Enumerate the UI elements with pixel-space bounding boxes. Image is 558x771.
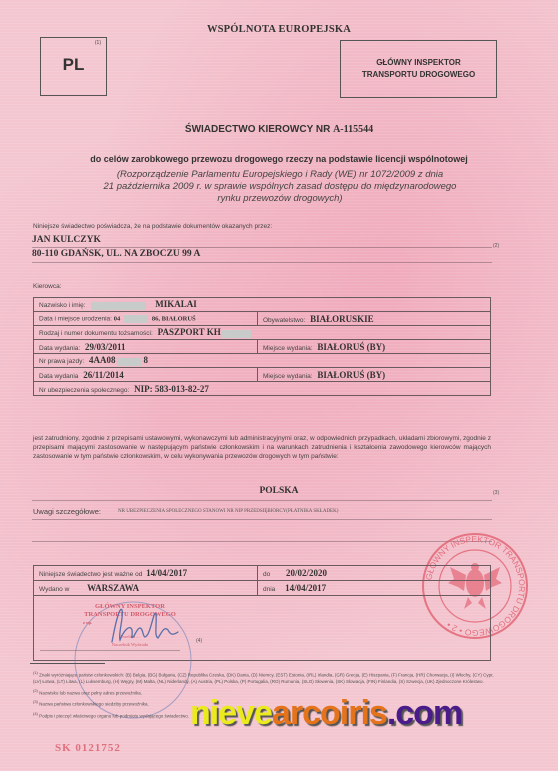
valid-to-label: do [263, 571, 270, 578]
social-security-cell: Nr ubezpieczenia społecznego: NIP: 583-0… [34, 382, 491, 396]
footnote-separator [30, 663, 105, 664]
id-issue-place-label: Miejsce wydania: [263, 345, 313, 352]
watermark: nievearcoiris.com [190, 694, 462, 733]
redacted-license-number [117, 358, 141, 366]
certificate-number: A-115544 [333, 124, 373, 135]
authority-line-1: GŁÓWNY INSPEKTOR [341, 58, 496, 67]
footnote-1: (1) Znaki wyróżniające państw członkowsk… [33, 670, 503, 685]
regulation-line-1: (Rozporządzenie Parlamentu Europejskiego… [40, 169, 520, 181]
certificate-title: ŚWIADECTWO KIEROWCY NR A-115544 [0, 124, 558, 135]
issued-on-value: 14/04/2017 [285, 583, 326, 593]
driver-name-label: Nazwisko i imię: [39, 302, 86, 309]
holder-name: JAN KULCZYK [32, 235, 101, 245]
id-issue-place-cell: Miejsce wydania: BIAŁORUŚ (BY) [258, 340, 491, 354]
id-document-cell: Rodzaj i numer dokumentu tożsamości: PAS… [34, 326, 491, 340]
regulation-line-3: rynku przewozów drogowych) [40, 193, 520, 205]
signature-icon [100, 600, 190, 650]
issued-in-label: Wydano w [39, 586, 69, 593]
community-title: WSPÓLNOTA EUROPEJSKA [0, 24, 558, 35]
table-row: Rodzaj i numer dokumentu tożsamości: PAS… [34, 326, 491, 340]
citizenship-value: BIAŁORUSKIE [310, 314, 374, 324]
birth-cell: Data i miejsce urodzenia: 04 86, BIAŁORU… [34, 312, 258, 326]
id-document-label: Rodzaj i numer dokumentu tożsamości: [39, 330, 153, 337]
driver-details-table: Nazwisko i imię: MIKALAI Data i miejsce … [33, 297, 491, 396]
employment-statement: jest zatrudniony, zgodnie z przepisami u… [33, 434, 491, 461]
issued-on-label: dnia [263, 586, 275, 593]
watermark-part-1: nieve [190, 694, 272, 732]
table-row: Niniejsze świadectwo jest ważne od 14/04… [34, 566, 491, 581]
table-row: Data wydania: 29/03/2011 Miejsce wydania… [34, 340, 491, 354]
license-issue-date-cell: Data wydania 26/11/2014 [34, 368, 258, 382]
footnote-1-mark: (1) [33, 670, 38, 675]
driver-name-value: MIKALAI [155, 299, 197, 309]
redacted-id-number [221, 330, 251, 338]
license-issue-date-label: Data wydania [39, 373, 78, 380]
issued-on-cell: dnia 14/04/2017 [258, 581, 491, 596]
license-issue-place-cell: Miejsce wydania: BIAŁORUŚ (BY) [258, 368, 491, 382]
citizenship-label: Obywatelstwo: [263, 317, 305, 324]
employment-state: POLSKA [0, 486, 558, 496]
valid-to-cell: do 20/02/2020 [258, 566, 491, 581]
table-row: Wydano w WARSZAWA dnia 14/04/2017 [34, 581, 491, 596]
remarks-label: Uwagi szczegółowe: [33, 507, 101, 516]
certificate-title-text: ŚWIADECTWO KIEROWCY NR [185, 124, 330, 135]
valid-from-cell: Niniejsze świadectwo jest ważne od 14/04… [34, 566, 258, 581]
footnote-4-mark: (4) [33, 711, 38, 716]
license-issue-date-value: 26/11/2014 [83, 370, 124, 380]
redacted-birth-date [124, 315, 148, 323]
authority-line-2: TRANSPORTU DROGOWEGO [341, 70, 496, 79]
state-rule [32, 500, 492, 501]
birth-label: Data i miejsce urodzenia: [39, 315, 112, 322]
footnote-2-text: Nazwisko lub nazwa oraz pełny adres prze… [39, 690, 142, 695]
birth-value-end: 86, BIAŁORUŚ [152, 315, 196, 322]
remarks-value: NR UBEZPIECZENIA SPOŁECZNEGO STANOWI NR … [118, 509, 338, 514]
driver-name-cell: Nazwisko i imię: MIKALAI [34, 298, 491, 312]
license-issue-place-value: BIAŁORUŚ (BY) [317, 370, 385, 380]
holder-intro: Niniejsze świadectwo poświadcza, że na p… [33, 223, 272, 230]
regulation-reference: (Rozporządzenie Parlamentu Europejskiego… [40, 169, 520, 205]
holder-name-rule [32, 247, 492, 248]
birth-value-start: 04 [114, 315, 121, 322]
id-issue-date-label: Data wydania: [39, 345, 80, 352]
table-row: Nr prawa jazdy: 4AA088 [34, 354, 491, 368]
license-cell: Nr prawa jazdy: 4AA088 [34, 354, 491, 368]
id-issue-date-value: 29/03/2011 [85, 342, 126, 352]
table-row: Data i miejsce urodzenia: 04 86, BIAŁORU… [34, 312, 491, 326]
footnote-2-mark: (2) [33, 688, 38, 693]
driver-section-label: Kierowca: [33, 283, 62, 290]
social-security-value: NIP: 583-013-82-27 [134, 384, 209, 394]
table-row: Nr ubezpieczenia społecznego: NIP: 583-0… [34, 382, 491, 396]
redacted-surname [91, 302, 146, 310]
valid-from-label: Niniejsze świadectwo jest ważne od [39, 571, 142, 578]
signature-rule [40, 650, 180, 651]
country-code-box: (1) PL [40, 37, 107, 96]
serial-number: SK 0121752 [55, 742, 121, 754]
regulation-line-2: 21 października 2009 r. w sprawie wspóln… [40, 181, 520, 193]
table-row: Data wydania 26/11/2014 Miejsce wydania:… [34, 368, 491, 382]
footnote-1-text: Znaki wyróżniające państw członkowskich:… [33, 673, 494, 684]
watermark-part-3: .com [387, 694, 462, 732]
id-issue-date-cell: Data wydania: 29/03/2011 [34, 340, 258, 354]
watermark-part-2: arcoiris [272, 694, 387, 732]
remarks-rule-1 [32, 519, 492, 520]
issued-in-value: WARSZAWA [87, 583, 139, 593]
footnote-4-text: Podpis i pieczęć właściwego organu lub p… [39, 713, 189, 718]
license-value-end: 8 [143, 355, 148, 365]
id-issue-place-value: BIAŁORUŚ (BY) [317, 342, 385, 352]
table-row: Nazwisko i imię: MIKALAI [34, 298, 491, 312]
license-label: Nr prawa jazdy: [39, 358, 84, 365]
valid-from-value: 14/04/2017 [146, 568, 187, 578]
certificate-purpose: do celów zarobkowego przewozu drogowego … [0, 154, 558, 164]
holder-address-rule [32, 262, 492, 263]
citizenship-cell: Obywatelstwo: BIAŁORUSKIE [258, 312, 491, 326]
holder-address: 80-110 GDAŃSK, UL. NA ZBOCZU 99 A [32, 249, 200, 259]
country-footnote-mark: (1) [95, 40, 101, 46]
issuing-authority-box: GŁÓWNY INSPEKTOR TRANSPORTU DROGOWEGO [340, 40, 497, 98]
social-security-label: Nr ubezpieczenia społecznego: [39, 387, 129, 394]
license-issue-place-label: Miejsce wydania: [263, 373, 313, 380]
country-code: PL [41, 55, 106, 75]
holder-footnote-mark: (2) [493, 243, 499, 249]
valid-to-value: 20/02/2020 [286, 568, 327, 578]
state-footnote-mark: (3) [493, 490, 499, 496]
license-value-start: 4AA08 [89, 355, 116, 365]
footnote-3-mark: (3) [33, 699, 38, 704]
issued-in-cell: Wydano w WARSZAWA [34, 581, 258, 596]
id-document-value: PASZPORT KH [158, 327, 221, 337]
footnote-3-text: Nazwa państwa członkowskiego siedziby pr… [39, 702, 149, 707]
signature-footnote-mark: (4) [196, 638, 202, 644]
